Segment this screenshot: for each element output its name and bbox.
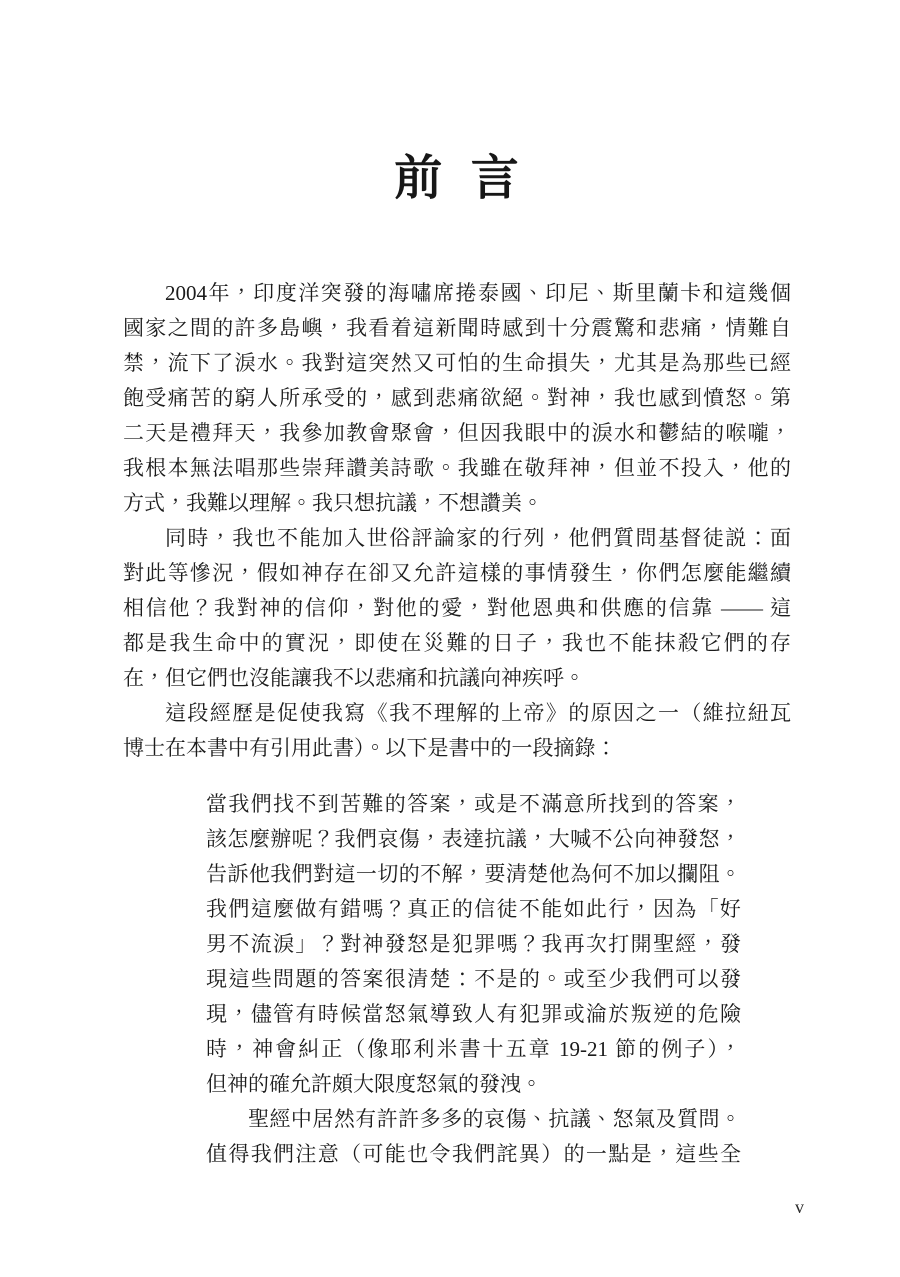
text-line: 男不流淚」？對神發怒是犯罪嗎？我再次打開聖經，發 (206, 927, 741, 962)
text-line: 我們這麼做有錯嗎？真正的信徒不能如此行，因為「好 (206, 892, 741, 927)
text-line: 同時，我也不能加入世俗評論家的行列，他們質問基督徒説：面 (123, 521, 791, 556)
text-line: 我根本無法唱那些崇拜讚美詩歌。我雖在敬拜神，但並不投入，他的 (123, 451, 791, 486)
text-line: 都是我生命中的實況，即使在災難的日子，我也不能抹殺它們的存 (123, 626, 791, 661)
text-line: 告訴他我們對這一切的不解，要清楚他為何不加以攔阻。 (206, 857, 741, 892)
text-line: 博士在本書中有引用此書）。以下是書中的一段摘錄： (123, 731, 791, 766)
text-line: 但神的確允許頗大限度怒氣的發洩。 (206, 1067, 741, 1102)
text-line: 2004年，印度洋突發的海嘯席捲泰國、印尼、斯里蘭卡和這幾個 (123, 276, 791, 311)
text-line: 現，儘管有時候當怒氣導致人有犯罪或淪於叛逆的危險 (206, 997, 741, 1032)
text-line: 國家之間的許多島嶼，我看着這新聞時感到十分震驚和悲痛，情難自 (123, 311, 791, 346)
text-line: 時，神會糾正（像耶利米書十五章 19-21 節的例子）， (206, 1032, 741, 1067)
page-title: 前 言 (123, 150, 791, 208)
text-line: 禁，流下了淚水。我對這突然又可怕的生命損失，尤其是為那些已經 (123, 346, 791, 381)
text-line: 現這些問題的答案很清楚：不是的。或至少我們可以發 (206, 962, 741, 997)
text-line: 這段經歷是促使我寫《我不理解的上帝》的原因之一（維拉紐瓦 (123, 696, 791, 731)
page-number: v (795, 1196, 804, 1218)
text-line: 對此等慘況，假如神存在卻又允許這樣的事情發生，你們怎麼能繼續 (123, 556, 791, 591)
text-line: 該怎麼辦呢？我們哀傷，表達抗議，大喊不公向神發怒， (206, 822, 741, 857)
book-page: 前 言 2004年，印度洋突發的海嘯席捲泰國、印尼、斯里蘭卡和這幾個國家之間的許… (0, 0, 900, 1277)
block-quote: 當我們找不到苦難的答案，或是不滿意所找到的答案，該怎麼辦呢？我們哀傷，表達抗議，… (206, 787, 741, 1172)
text-line: 當我們找不到苦難的答案，或是不滿意所找到的答案， (206, 787, 741, 822)
text-line: 相信他？我對神的信仰，對他的愛，對他恩典和供應的信靠 —— 這 (123, 591, 791, 626)
text-line: 飽受痛苦的窮人所承受的，感到悲痛欲絕。對神，我也感到憤怒。第 (123, 381, 791, 416)
text-line: 在，但它們也沒能讓我不以悲痛和抗議向神疾呼。 (123, 661, 791, 696)
preface-body: 2004年，印度洋突發的海嘯席捲泰國、印尼、斯里蘭卡和這幾個國家之間的許多島嶼，… (123, 276, 791, 766)
text-line: 值得我們注意（可能也令我們詫異）的一點是，這些全 (206, 1137, 741, 1172)
text-line: 方式，我難以理解。我只想抗議，不想讚美。 (123, 486, 791, 521)
text-line: 二天是禮拜天，我參加教會聚會，但因我眼中的淚水和鬱結的喉嚨， (123, 416, 791, 451)
text-line: 聖經中居然有許許多多的哀傷、抗議、怒氣及質問。 (206, 1102, 741, 1137)
